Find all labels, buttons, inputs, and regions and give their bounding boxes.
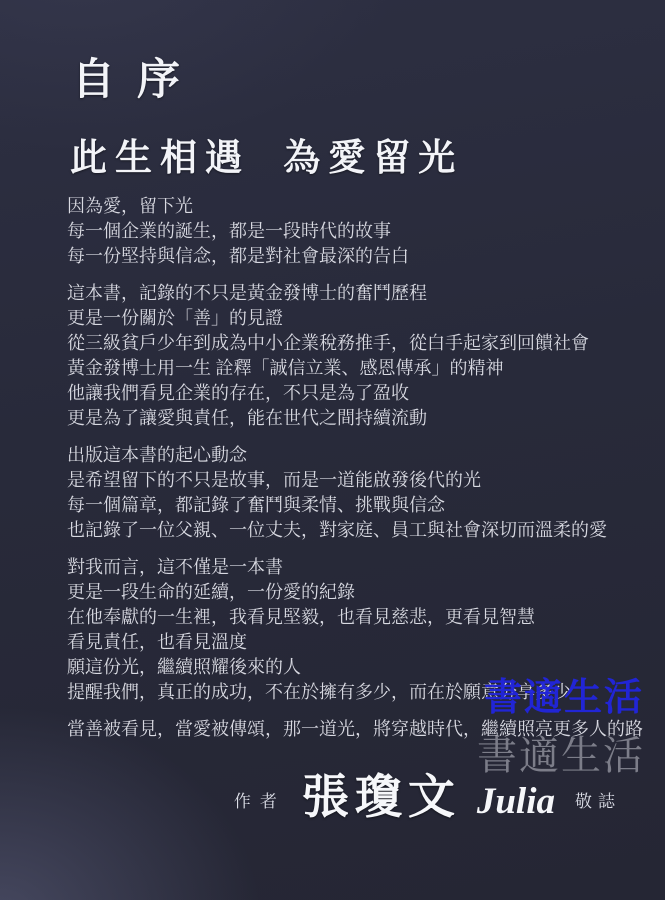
signature-author-name: 張瓊文 (302, 760, 461, 827)
signature-role-label: 作者 (234, 787, 286, 812)
paragraph: 出版這本書的起心動念 是希望留下的不只是故事，而是一道能啟發後代的光 每一個篇章… (67, 443, 642, 543)
text-line: 這本書，記錄的不只是黃金發博士的奮鬥歷程 (67, 281, 642, 306)
text-line: 在他奉獻的一生裡，我看見堅毅，也看見慈悲，更看見智慧 (67, 605, 642, 630)
paragraph: 因為愛，留下光 每一個企業的誕生，都是一段時代的故事 每一份堅持與信念，都是對社… (67, 194, 642, 269)
text-line: 更是為了讓愛與責任，能在世代之間持續流動 (67, 406, 642, 431)
text-line: 看見責任，也看見溫度 (67, 630, 642, 655)
text-line: 黃金發博士用一生 詮釋「誠信立業、感恩傳承」的精神 (67, 356, 642, 381)
book-preface-page: 自序 此生相遇 為愛留光 因為愛，留下光 每一個企業的誕生，都是一段時代的故事 … (0, 0, 665, 900)
text-line: 從三級貧戶少年到成為中小企業稅務推手，從白手起家到回饋社會 (67, 331, 642, 356)
text-line: 他讓我們看見企業的存在，不只是為了盈收 (67, 381, 642, 406)
text-line: 出版這本書的起心動念 (67, 443, 642, 468)
page-title: 自序 (72, 46, 202, 107)
paragraph: 這本書，記錄的不只是黃金發博士的奮鬥歷程 更是一份關於「善」的見證 從三級貧戶少… (67, 281, 642, 431)
text-line: 更是一段生命的延續，一份愛的紀錄 (67, 580, 642, 605)
signature-english-name: Julia (477, 780, 559, 823)
text-line: 每一個篇章，都記錄了奮鬥與柔情、挑戰與信念 (67, 493, 642, 518)
text-line: 是希望留下的不只是故事，而是一道能啟發後代的光 (67, 468, 642, 493)
signature-closing: 敬誌 (575, 787, 621, 812)
text-line: 對我而言，這不僅是一本書 (67, 555, 642, 580)
text-line: 每一個企業的誕生，都是一段時代的故事 (67, 219, 642, 244)
author-signature: 作者 張瓊文 Julia 敬誌 (0, 760, 621, 827)
text-line: 更是一份關於「善」的見證 (67, 306, 642, 331)
text-line: 因為愛，留下光 (67, 194, 642, 219)
text-line: 每一份堅持與信念，都是對社會最深的告白 (67, 244, 642, 269)
watermark-blue: 書適生活 (484, 666, 644, 721)
text-line: 也記錄了一位父親、一位丈夫，對家庭、員工與社會深切而溫柔的愛 (67, 518, 642, 543)
page-subtitle: 此生相遇 為愛留光 (70, 127, 463, 181)
